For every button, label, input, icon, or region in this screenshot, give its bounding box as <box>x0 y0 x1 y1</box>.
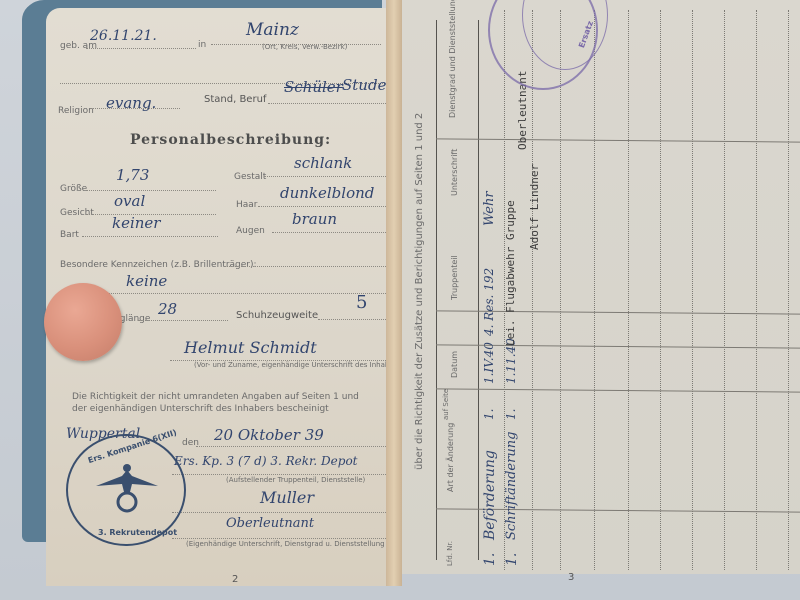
seal-text-bottom: 3. Rekrutendepot <box>98 528 177 537</box>
build-label: Gestalt <box>234 172 266 182</box>
beard-value: keiner <box>112 214 160 232</box>
col-header-rank: Dienstgrad und Dienststellung <box>448 0 457 118</box>
page-number-2: 2 <box>232 574 238 585</box>
hair-label: Haar <box>236 200 258 210</box>
birth-place-hint: (Ort, Kreis, Verw.-Bezirk) <box>262 43 347 51</box>
face-value: oval <box>114 192 145 210</box>
issue-unit-caption: (Aufstellender Truppenteil, Dienststelle… <box>226 476 365 484</box>
row-1-change: Beförderung <box>482 450 498 540</box>
row-2-change: Schriftänderung <box>504 432 519 540</box>
certification-line-2: der eigenhändigen Unterschrift des Inhab… <box>72 404 329 414</box>
col-header-change: Art der Änderung <box>446 423 455 492</box>
certification-line-1: Die Richtigkeit der nicht umrandeten Ang… <box>72 392 359 402</box>
corrections-title: über die Richtigkeit der Zusätze und Ber… <box>414 113 425 470</box>
eyes-value: braun <box>292 210 337 228</box>
face-label: Gesicht <box>60 208 94 218</box>
marks-value: keine <box>126 272 167 290</box>
birth-place: Mainz <box>246 20 299 40</box>
page-number-3: 3 <box>568 572 574 583</box>
religion-label: Religion <box>58 106 94 116</box>
holder-signature: Helmut Schmidt <box>184 338 317 357</box>
row-2-unit: Lei. Flugabwehr Gruppe <box>504 200 517 346</box>
hair-value: dunkelblond <box>280 184 374 202</box>
row-2-nr: 1. <box>504 553 520 566</box>
page-3: über die Richtigkeit der Zusätze und Ber… <box>402 0 800 574</box>
shoe-width-label: Schuhzeugweite <box>236 310 318 321</box>
row-2-rank: Adolf Lindner <box>528 164 541 250</box>
eyes-label: Augen <box>236 226 265 236</box>
height-label: Größe <box>60 184 87 194</box>
shoe-width-value: 5 <box>356 292 367 313</box>
col-header-unit: Truppenteil <box>450 255 459 300</box>
officer-rank: Oberleutnant <box>226 516 314 531</box>
row-2-page: 1. <box>504 409 518 420</box>
row-1-page: 1. <box>482 409 496 420</box>
religion-value: evang. <box>106 94 156 112</box>
birth-date: 26.11.21. <box>90 28 157 44</box>
row-1-nr: 1. <box>482 553 498 566</box>
occupation-struck: Schüler <box>284 78 343 96</box>
holder-signature-caption: (Vor- und Zuname, eigenhändige Unterschr… <box>194 361 403 369</box>
marks-label: Besondere Kennzeichen (z.B. Brillenträge… <box>60 260 257 270</box>
height-value: 1,73 <box>116 166 149 184</box>
official-seal: Ers. Kompanie 6(XII) 3. Rekrutendepot <box>66 434 186 546</box>
occupation-label: Stand, Beruf <box>204 94 266 105</box>
booklet-spine <box>386 0 402 586</box>
copper-coin <box>44 283 122 361</box>
officer-signature: Muller <box>260 488 314 507</box>
row-1-date: 1.IV.40 <box>482 342 496 384</box>
col-header-date: Datum <box>450 351 459 378</box>
row-1-unit: 4. Res. 192 <box>482 268 496 336</box>
birth-in-label: in <box>198 40 206 50</box>
issue-date: 20 Oktober 39 <box>214 426 324 444</box>
beard-label: Bart <box>60 230 79 240</box>
section-title-description: Personalbeschreibung: <box>130 132 331 148</box>
shoe-length-value: 28 <box>158 300 177 318</box>
eagle-seal-icon <box>92 456 162 516</box>
row-1-signature: Wehr <box>482 191 497 226</box>
issue-unit: Ers. Kp. 3 (7 d) 3. Rekr. Depot <box>174 454 358 468</box>
build-value: schlank <box>294 154 352 172</box>
col-header-page: auf Seite <box>442 389 450 420</box>
col-header-nr: Lfd. Nr. <box>446 541 454 566</box>
col-header-signature: Unterschrift <box>450 149 459 196</box>
